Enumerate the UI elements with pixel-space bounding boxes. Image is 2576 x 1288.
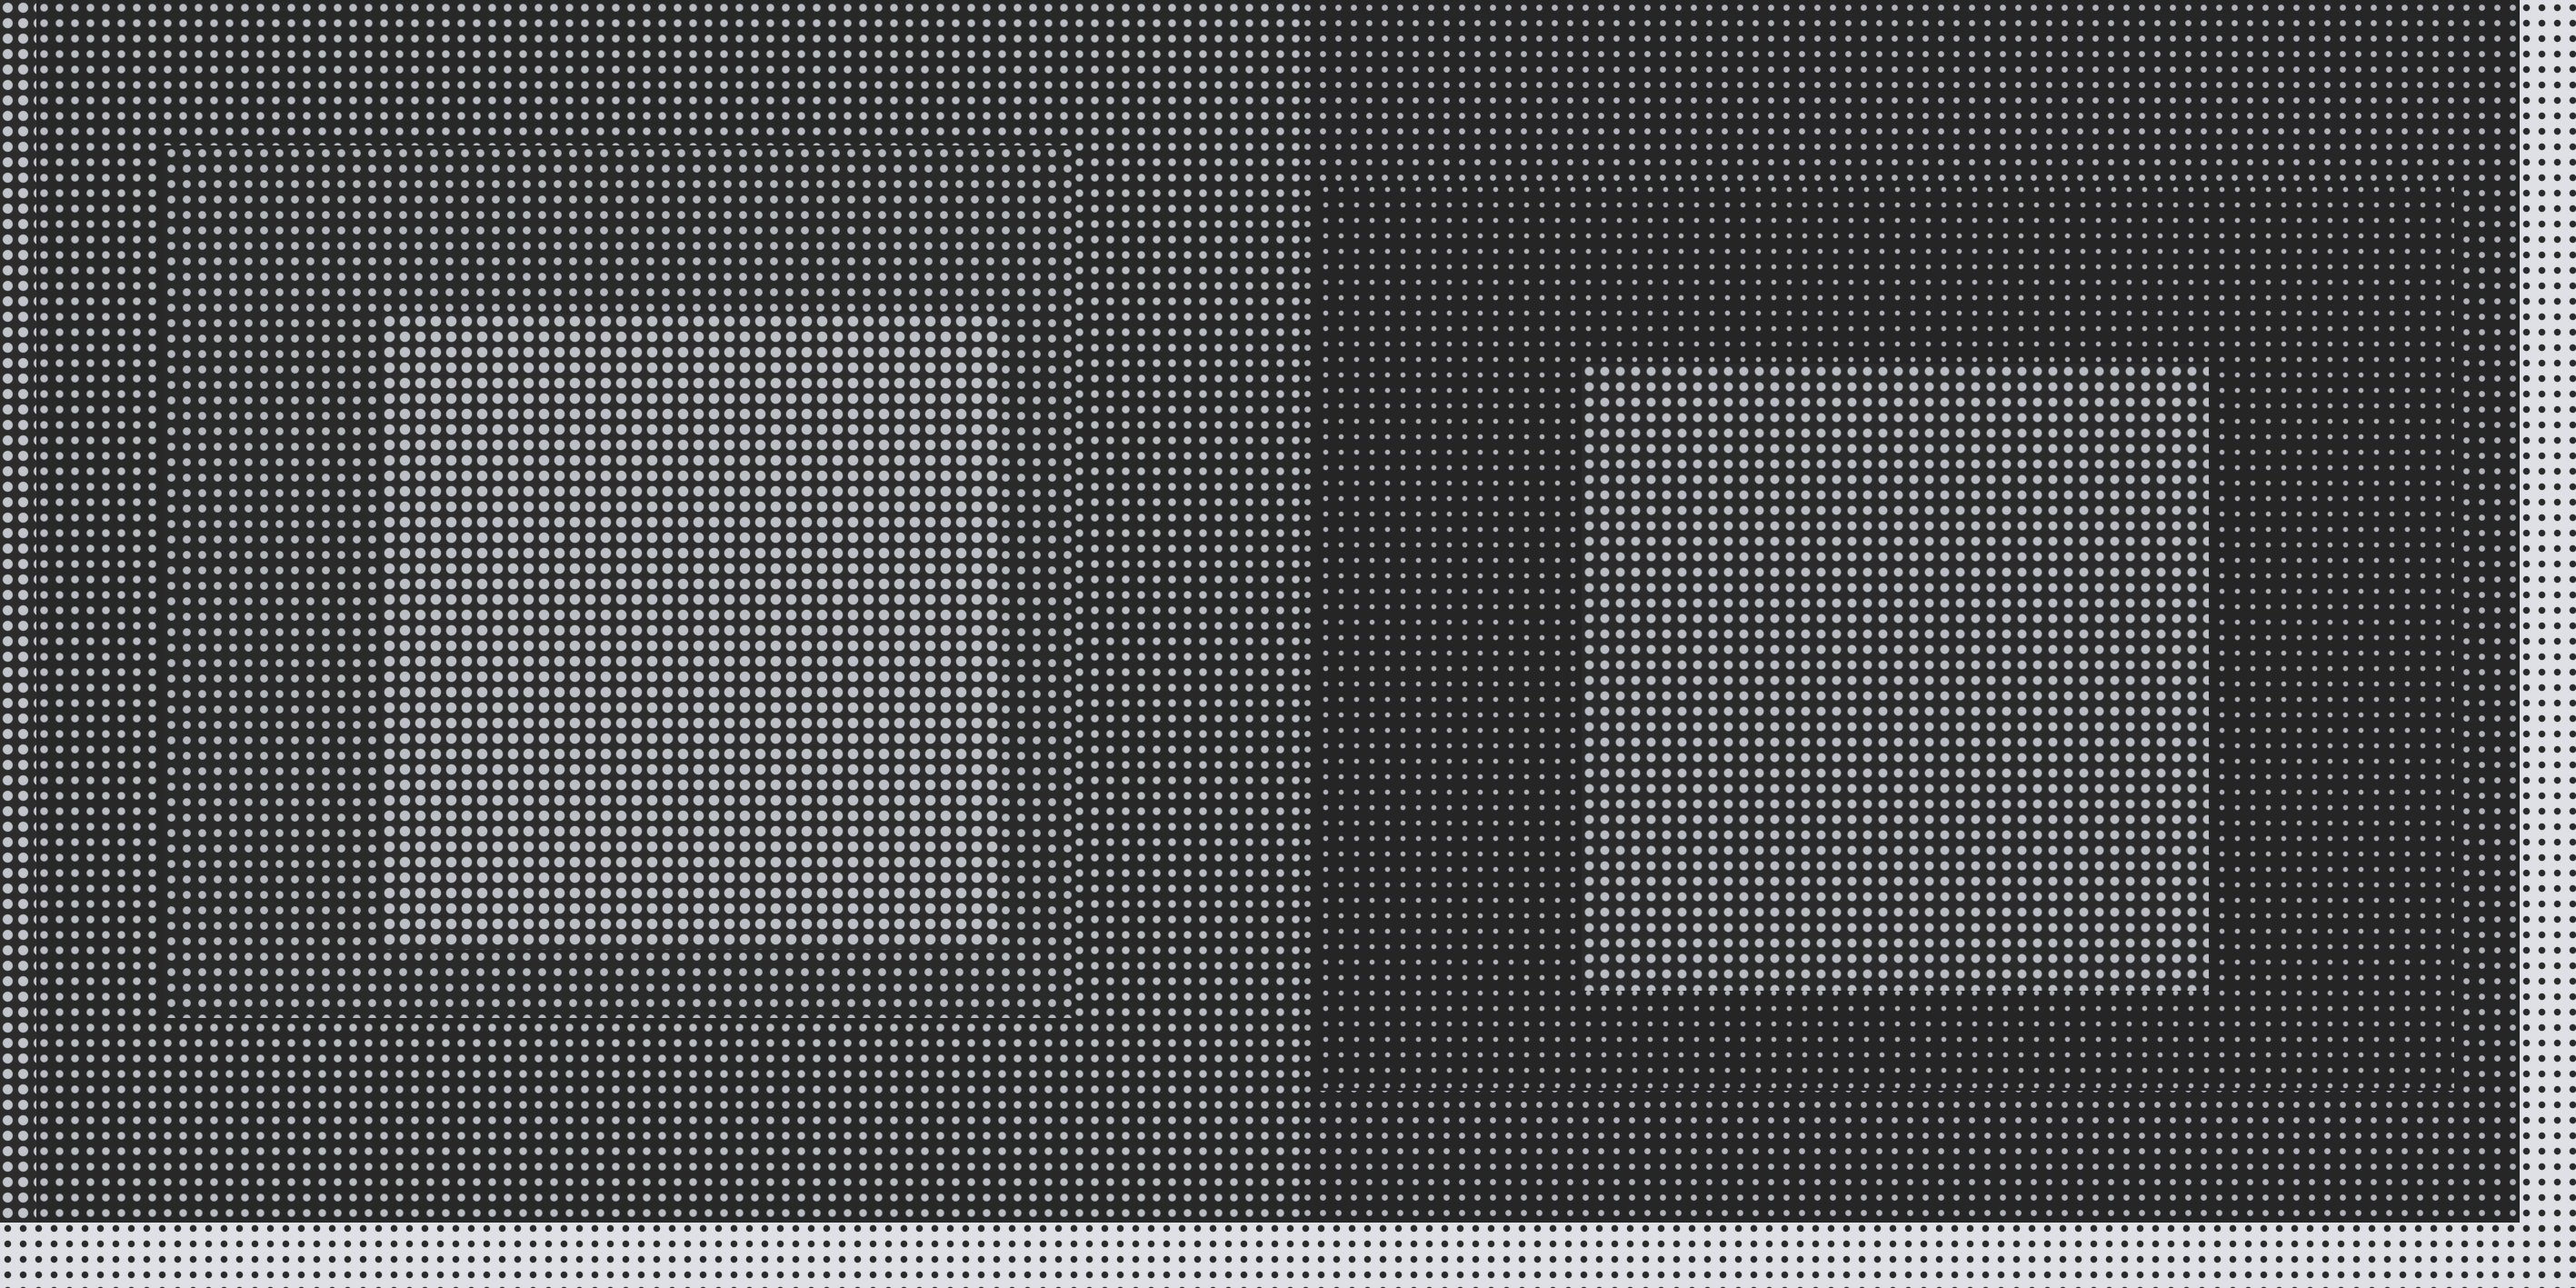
left-panel-edge-strip: [0, 0, 36, 1223]
artwork-print: [0, 0, 2520, 1223]
left-panel-inner-square: [382, 314, 1000, 950]
right-panel-inner-square: [1582, 364, 2209, 991]
